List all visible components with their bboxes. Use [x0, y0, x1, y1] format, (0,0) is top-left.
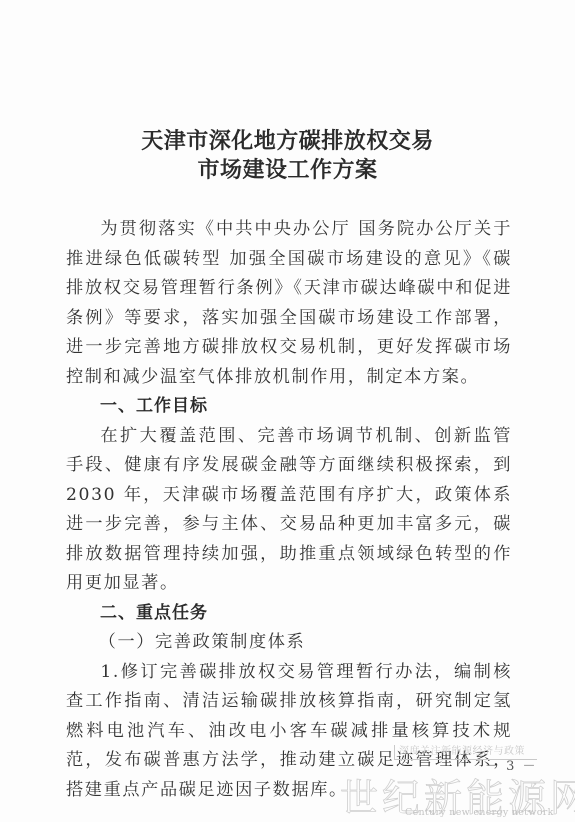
document-page: 天津市深化地方碳排放权交易 市场建设工作方案 为贯彻落实《中共中央办公厅 国务院…	[0, 0, 575, 822]
subsection-heading-policy: （一）完善政策制度体系	[66, 628, 512, 658]
section-heading-tasks: 二、重点任务	[66, 599, 512, 629]
section-heading-goals: 一、工作目标	[66, 392, 512, 422]
intro-paragraph: 为贯彻落实《中共中央办公厅 国务院办公厅关于推进绿色低碳转型 加强全国碳市场建设…	[66, 215, 512, 392]
goals-paragraph: 在扩大覆盖范围、完善市场调节机制、创新监管手段、健康有序发展碳金融等方面继续积极…	[66, 422, 512, 599]
document-title-line1: 天津市深化地方碳排放权交易	[0, 124, 575, 155]
watermark-english: Century new energy network	[405, 807, 554, 818]
document-body: 为贯彻落实《中共中央办公厅 国务院办公厅关于推进绿色低碳转型 加强全国碳市场建设…	[66, 215, 512, 805]
document-title-line2: 市场建设工作方案	[0, 153, 575, 184]
